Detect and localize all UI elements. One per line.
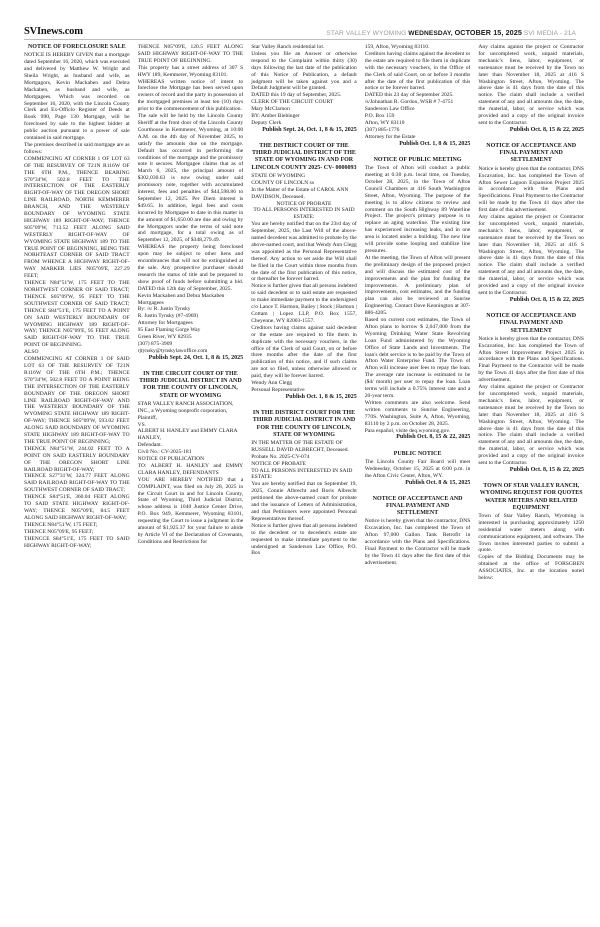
column-5: Any claims against the project or Contra… — [478, 44, 584, 917]
notice-acceptance-tank-retrofit-continued: Any claims against the project or Contra… — [478, 44, 584, 134]
notice-paragraph: NOTICE OF PROBATE — [251, 201, 357, 208]
legal-notices-columns: NOTICE OF FORECLOSURE SALE NOTICE IS HER… — [24, 44, 584, 917]
notice-paragraph: THENCE N05°09'E, 95 FEET; — [24, 529, 130, 536]
notice-paragraph: The Town of Afton will conduct a public … — [365, 165, 471, 255]
notice-paragraph: YOU ARE HEREBY NOTIFIED that a COMPLAINT… — [138, 477, 244, 546]
notice-paragraph: Afton, WY 83110 — [365, 120, 471, 127]
notice-paragraph: BY: Amber Biebinger — [251, 113, 357, 120]
notice-paragraph: COMMENCING AT CORNER 1 OF SAID LOT 63 OF… — [24, 356, 130, 446]
publish-dates: Publish Oct. 8, 15 & 22, 2025 — [478, 127, 584, 134]
notice-paragraph: The premises described in said mortgage … — [24, 142, 130, 156]
column-4: 159, Afton, Wyoming 83110. Creditors hav… — [365, 44, 471, 917]
notice-paragraph: COUNTY OF LINCOLN ss — [251, 180, 357, 187]
notice-paragraph: You are hereby notified that on Septembe… — [251, 481, 357, 522]
notice-paragraph: Copies of the Bidding Documents may be o… — [478, 554, 584, 582]
notice-probate-davidson: THE DISTRICT COURT OF THE THIRD JUDICIAL… — [251, 143, 357, 401]
notice-paragraph: TO ALL PERSONS INTERESTED IN SAID ESTATE… — [251, 207, 357, 221]
notice-paragraph: Mary McClarnon — [251, 106, 357, 113]
publish-dates: Publish Sept. 24, Oct. 1, 8 & 15, 2025 — [138, 355, 244, 362]
notice-paragraph: THENCCE S84°51'E, 175 FEET TO SAID HIGHW… — [24, 536, 130, 550]
notice-paragraph: Town of Star Valley Ranch, Wyoming is in… — [478, 513, 584, 554]
attorney-email[interactable]: rjtynsky@tynskylawoffice.com — [138, 348, 244, 355]
notice-title: TOWN OF STAR VALLEY RANCH, WYOMING REQUE… — [478, 483, 584, 512]
notice-title: PUBLIC NOTICE — [365, 451, 471, 458]
notice-paragraph: Para español, visite deq.wyoming.gov. — [365, 428, 471, 435]
notice-title: NOTICE OF PUBLIC MEETING — [365, 157, 471, 164]
notice-paragraph: TO: ALBERT H. HANLEY and EMMY CLARA HANL… — [138, 463, 244, 477]
notice-paragraph: Deputy Clerk — [251, 120, 357, 127]
notice-public-notice-fair-board: PUBLIC NOTICE The Lincoln County Fair Bo… — [365, 451, 471, 487]
notice-probate-albrecht: IN THE DISTRICT COURT FOR THE THIRD JUDI… — [251, 410, 357, 557]
notice-paragraph: Wendy Ann Clegg — [251, 380, 357, 387]
dateline: STAR VALLEY WYOMING WEDNESDAY, OCTOBER 1… — [326, 28, 576, 37]
notice-paragraph: Written comments are also welcome. Send … — [365, 400, 471, 428]
site-name[interactable]: SVInews.com — [24, 26, 83, 37]
notice-paragraph: Notice is hereby given that the contract… — [365, 518, 471, 566]
notice-probate-albrecht-continued: 159, Afton, Wyoming 83110. Creditors hav… — [365, 44, 471, 148]
notice-paragraph: P.O. Box 159 — [365, 113, 471, 120]
publish-dates: Publish Oct. 1, 8 & 15, 2025 — [365, 141, 471, 148]
notice-circuit-court-hanley: IN THE CIRCUIT COURT OF THE THIRD JUDICI… — [138, 371, 244, 546]
notice-paragraph: THENCE N84°51'W, 175 FEET; — [24, 522, 130, 529]
notice-title: IN THE DISTRICT COURT FOR THE THIRD JUDI… — [251, 410, 357, 439]
notice-paragraph: WHEREAS written notice of intent to fore… — [138, 79, 244, 114]
notice-paragraph: THENCE S27°31'W, 324.77 FEET ALONG SAID … — [24, 473, 130, 494]
notice-paragraph: Notice is further given that all persons… — [251, 283, 357, 324]
issue-date: OCTOBER 15, 2025 — [455, 28, 522, 37]
notice-circuit-court-continued: Star Valley Ranch residential lot. Unles… — [251, 44, 357, 134]
notice-acceptance-tank-retrofit: NOTICE OF ACCEPTANCE AND FINAL PAYMENT A… — [365, 496, 471, 567]
attorney-phone: (307) 875-3909 — [138, 341, 244, 348]
notice-paragraph: STATE OF WYOMING — [251, 173, 357, 180]
notice-title: NOTICE OF ACCEPTANCE AND FINAL PAYMENT A… — [478, 313, 584, 335]
publish-dates: Publish Sept. 24, Oct. 1, 8 & 15, 2025 — [251, 127, 357, 134]
masthead: SVInews.com STAR VALLEY WYOMING WEDNESDA… — [24, 26, 576, 40]
notice-foreclosure-continued: THENCE N05°09'E, 120.5 FEET ALONG SAID H… — [138, 44, 244, 362]
notice-paragraph: Based on current cost estimates, the Tow… — [365, 317, 471, 400]
notice-paragraph: THENCE N84°51'W, 244.02 FEET TO A POINT … — [24, 446, 130, 474]
publish-dates: Publish Oct. 8, 15 & 22, 2025 — [365, 434, 471, 441]
notice-paragraph: THENCE S84°51'E, 360.04 FEET ALONG TO SA… — [24, 494, 130, 522]
column-2: THENCE N05°09'E, 120.5 FEET ALONG SAID H… — [138, 44, 244, 917]
notice-title: IN THE CIRCUIT COURT OF THE THIRD JUDICI… — [138, 371, 244, 400]
notice-paragraph: Notice is hereby given that the contract… — [478, 336, 584, 384]
notice-paragraph: In the Matter of the Estate of CAROL ANN… — [251, 187, 357, 201]
notice-title: NOTICE OF FORECLOSURE SALE — [24, 44, 130, 51]
column-3: Star Valley Ranch residential lot. Unles… — [251, 44, 357, 917]
notice-paragraph: CLERK OF THE CIRCUIT COURT — [251, 99, 357, 106]
notice-paragraph: THENCE N05°09'E, 120.5 FEET ALONG SAID H… — [138, 44, 244, 65]
notice-paragraph: WHEREAS the property being foreclosed up… — [138, 244, 244, 292]
notice-acceptance-street-improvement: NOTICE OF ACCEPTANCE AND FINAL PAYMENT A… — [478, 313, 584, 474]
attorney-address-city: Green River, WY 82935 — [138, 334, 244, 341]
publish-dates: Publish Oct. 1, 8 & 15, 2025 — [251, 394, 357, 401]
notice-title: THE DISTRICT COURT OF THE THIRD JUDICIAL… — [251, 143, 357, 172]
notice-paragraph: The sale will be held by the Lincoln Cou… — [138, 113, 244, 244]
notice-paragraph: Unless you file an Answer or otherwise r… — [251, 51, 357, 92]
notice-paragraph: ALSO — [24, 349, 130, 356]
signer-name: Kevin Mackaben and Debra Mackaben — [138, 293, 244, 300]
notice-title: NOTICE OF ACCEPTANCE AND FINAL PAYMENT A… — [478, 143, 584, 165]
notice-public-meeting: NOTICE OF PUBLIC MEETING The Town of Aft… — [365, 157, 471, 442]
weekday: WEDNESDAY, — [408, 30, 452, 37]
notice-paragraph: Civil No.: CV-2025-181 — [138, 449, 244, 456]
notice-paragraph: TO ALL PERSONS INTERESTED IN SAID ESTATE… — [251, 468, 357, 482]
notice-request-for-quotes: TOWN OF STAR VALLEY RANCH, WYOMING REQUE… — [478, 483, 584, 582]
notice-paragraph: COMMENCING AT CORNER 1 OF LOT 63 OF THE … — [24, 156, 130, 280]
notice-title: NOTICE OF ACCEPTANCE AND FINAL PAYMENT A… — [365, 496, 471, 518]
notice-paragraph: DATED this 23 day of September 2025. — [365, 92, 471, 99]
publish-dates: Publish Oct. 8, 15 & 22, 2025 — [478, 467, 584, 474]
notice-paragraph: Probate No. 2025-CV-074 — [251, 454, 357, 461]
notice-paragraph: ALBERT H. HANLEY and EMMY CLARA HANLEY, — [138, 428, 244, 442]
notice-paragraph: Attorney for the Estate — [365, 134, 471, 141]
notice-paragraph: Sanderson Law Office — [365, 106, 471, 113]
attorney-role: Attorney for Mortgagees — [138, 320, 244, 327]
notice-paragraph: The Lincoln County Fair Board will meet … — [365, 459, 471, 480]
page-number: SVI MEDIA - 21A — [524, 30, 576, 37]
notice-paragraph: Star Valley Ranch residential lot. — [251, 44, 357, 51]
column-1: NOTICE OF FORECLOSURE SALE NOTICE IS HER… — [24, 44, 130, 917]
notice-paragraph: VS. — [138, 422, 244, 429]
publish-dates: Publish Oct. 8, 15 & 22, 2025 — [478, 297, 584, 304]
notice-paragraph: Any claims against the project or Contra… — [478, 214, 584, 297]
notice-foreclosure-sale: NOTICE OF FORECLOSURE SALE NOTICE IS HER… — [24, 44, 130, 549]
section-name: STAR VALLEY WYOMING — [326, 30, 406, 37]
notice-paragraph: Defendant. — [138, 442, 244, 449]
notice-paragraph: This property has a street address of 30… — [138, 65, 244, 79]
notice-paragraph: You are hereby notified that on the 23rd… — [251, 221, 357, 283]
attorney-address-street: 95 East Flaming Gorge Way — [138, 327, 244, 334]
notice-paragraph: STAR VALLEY RANCH ASSOCIATION, INC., a W… — [138, 401, 244, 422]
publish-dates: Publish Oct. 8 & 15, 2025 — [365, 480, 471, 487]
notice-paragraph: 159, Afton, Wyoming 83110. — [365, 44, 471, 51]
notice-paragraph: Notice is hereby given that the contract… — [478, 166, 584, 214]
notice-paragraph: At the meeting, the Town of Afton will p… — [365, 255, 471, 317]
notice-paragraph: THENCE N84°51'W, 175 FEET TO THE NORHTWE… — [24, 280, 130, 349]
notice-paragraph: Notice is further given that all persons… — [251, 523, 357, 558]
signer-role: Mortgagees — [138, 300, 244, 307]
notice-acceptance-sewer-lagoon: NOTICE OF ACCEPTANCE AND FINAL PAYMENT A… — [478, 143, 584, 304]
notice-paragraph: Personal Representative — [251, 387, 357, 394]
notice-paragraph: NOTICE OF PROBATE — [251, 461, 357, 468]
notice-paragraph: Creditors having claims against the dece… — [365, 51, 471, 92]
notice-paragraph: NOTICE OF PUBLICATION — [138, 456, 244, 463]
notice-paragraph: Any claims against the project or Contra… — [478, 44, 584, 127]
notice-paragraph: NOTICE IS HEREBY GIVEN that a mortgage d… — [24, 52, 130, 142]
notice-paragraph: Creditors having claims against said dec… — [251, 325, 357, 380]
notice-paragraph: (307) 885-1776 — [365, 127, 471, 134]
notice-paragraph: DATED this 19 day of September, 2025. — [251, 92, 357, 99]
notice-paragraph: IN THE MATTER OF THE ESTATE OF RUSSELL D… — [251, 440, 357, 454]
notice-paragraph: Any claims against the project or Contra… — [478, 384, 584, 467]
